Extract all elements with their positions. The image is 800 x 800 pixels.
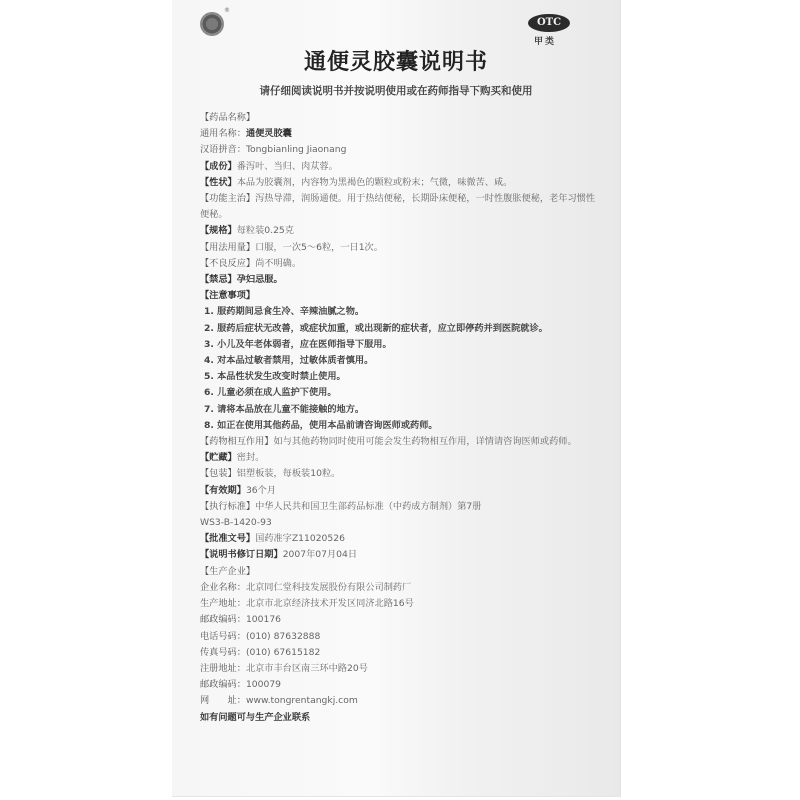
- section-standard: 【执行标准】中华人民共和国卫生部药品标准（中药成方制剂）第7册: [200, 499, 600, 515]
- manufacturer-row: 传真号码：(010) 67615182: [200, 645, 600, 661]
- manufacturer-row: 企业名称：北京同仁堂科技发展股份有限公司制药厂: [200, 580, 600, 596]
- section-usage: 【用法用量】口服，一次5～6粒，一日1次。: [200, 240, 600, 256]
- standard-code: WS3-B-1420-93: [200, 515, 600, 531]
- precaution-item: 3. 小儿及年老体弱者，应在医师指导下服用。: [204, 337, 600, 353]
- contact-note: 如有问题可与生产企业联系: [200, 710, 600, 726]
- precaution-item: 5. 本品性状发生改变时禁止使用。: [204, 369, 600, 385]
- package-insert-page: ® OTC 甲类 通便灵胶囊说明书 请仔细阅读说明书并按说明使用或在药师指导下购…: [172, 0, 621, 797]
- section-contraindications: 【禁忌】孕妇忌服。: [200, 272, 600, 288]
- section-adverse-reactions: 【不良反应】尚不明确。: [200, 256, 600, 272]
- precaution-item: 4. 对本品过敏者禁用，过敏体质者慎用。: [204, 353, 600, 369]
- section-drug-name: 【药品名称】: [200, 110, 600, 126]
- pinyin-row: 汉语拼音：Tongbianling Jiaonang: [200, 142, 600, 158]
- precaution-item: 8. 如正在使用其他药品，使用本品前请咨询医师或药师。: [204, 418, 600, 434]
- brand-logo-icon: ®: [200, 12, 224, 36]
- section-package: 【包装】铝塑板装，每板装10粒。: [200, 466, 600, 482]
- manufacturer-row: 网 址：www.tongrentangkj.com: [200, 693, 600, 709]
- section-precautions: 【注意事项】: [200, 288, 600, 304]
- section-manufacturer: 【生产企业】: [200, 564, 600, 580]
- generic-name-row: 通用名称：通便灵胶囊: [200, 126, 600, 142]
- section-spec: 【规格】每粒装0.25克: [200, 223, 600, 239]
- document-body: 【药品名称】 通用名称：通便灵胶囊 汉语拼音：Tongbianling Jiao…: [200, 110, 600, 726]
- section-approval: 【批准文号】国药准字Z11020526: [200, 531, 600, 547]
- manufacturer-row: 生产地址：北京市北京经济技术开发区同济北路16号: [200, 596, 600, 612]
- section-storage: 【贮藏】密封。: [200, 450, 600, 466]
- document-title: 通便灵胶囊说明书: [172, 45, 620, 76]
- document-subtitle: 请仔细阅读说明书并按说明使用或在药师指导下购买和使用: [172, 83, 620, 98]
- manufacturer-row: 电话号码：(010) 87632888: [200, 629, 600, 645]
- otc-badge: OTC: [528, 14, 570, 32]
- precaution-item: 6. 儿童必须在成人监护下使用。: [204, 385, 600, 401]
- precaution-item: 2. 服药后症状无改善，或症状加重，或出现新的症状者，应立即停药并到医院就诊。: [204, 321, 600, 337]
- precaution-item: 1. 服药期间忌食生冷、辛辣油腻之物。: [204, 304, 600, 320]
- section-indications: 【功能主治】泻热导滞，润肠通便。用于热结便秘，长期卧床便秘，一时性腹胀便秘，老年…: [200, 191, 600, 223]
- precaution-item: 7. 请将本品放在儿童不能接触的地方。: [204, 402, 600, 418]
- section-validity: 【有效期】36个月: [200, 483, 600, 499]
- section-interactions: 【药物相互作用】如与其他药物同时使用可能会发生药物相互作用，详情请咨询医师或药师…: [200, 434, 600, 450]
- manufacturer-row: 邮政编码：100176: [200, 612, 600, 628]
- manufacturer-row: 注册地址：北京市丰台区南三环中路20号: [200, 661, 600, 677]
- section-properties: 【性状】本品为胶囊剂，内容物为黑褐色的颗粒或粉末；气微，味微苦、咸。: [200, 175, 600, 191]
- section-ingredients: 【成份】番泻叶、当归、肉苁蓉。: [200, 159, 600, 175]
- manufacturer-row: 邮政编码：100079: [200, 677, 600, 693]
- registered-mark: ®: [224, 7, 230, 14]
- section-revision-date: 【说明书修订日期】2007年07月04日: [200, 547, 600, 563]
